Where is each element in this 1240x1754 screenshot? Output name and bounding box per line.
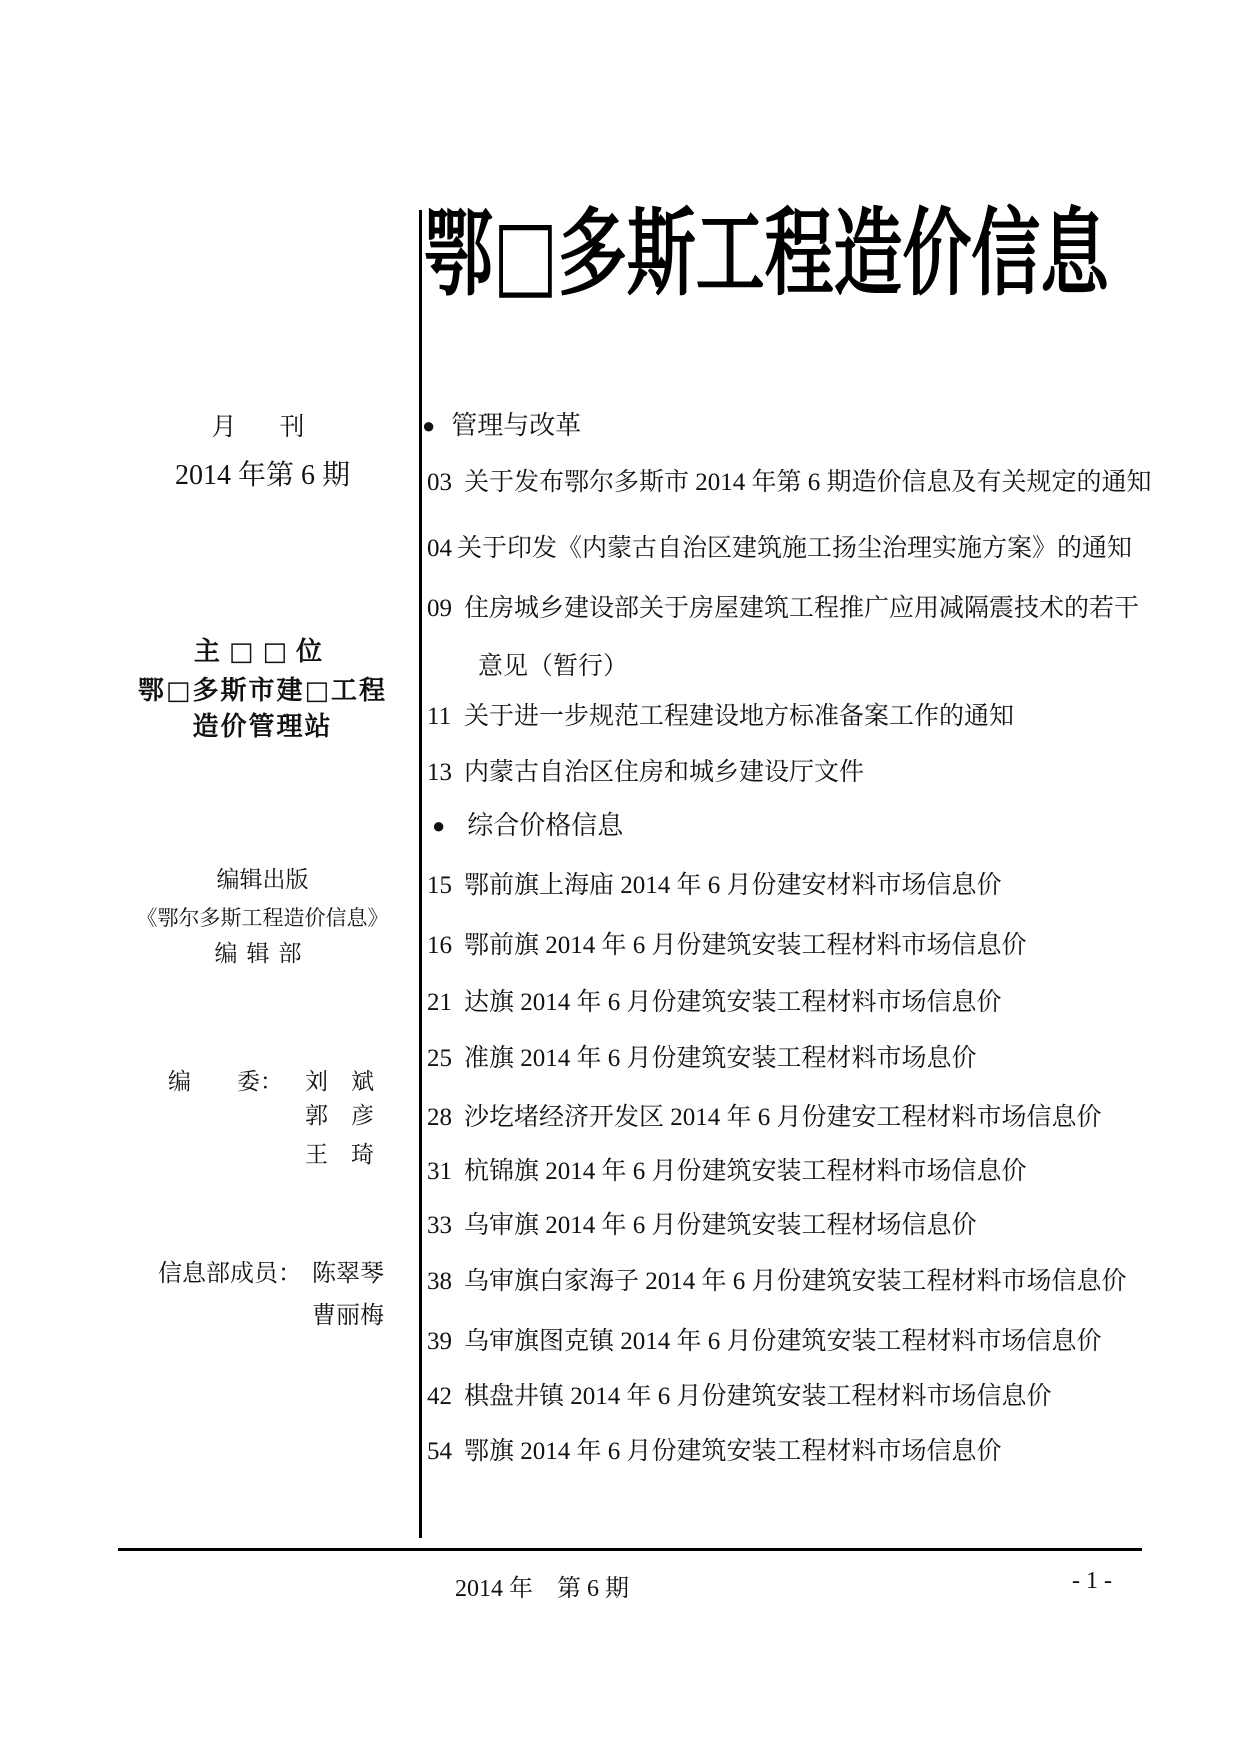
toc-item-title: 关于发布鄂尔多斯市 2014 年第 6 期造价信息及有关规定的通知 [464, 469, 1152, 496]
toc-page-number: 54 [427, 1436, 464, 1468]
toc-item-title: 棋盘井镇 2014 年 6 月份建筑安装工程材料市场信息价 [464, 1383, 1052, 1410]
editor-name: 刘 斌 [305, 1066, 374, 1098]
toc-page-number: 42 [427, 1381, 464, 1413]
toc-section-title: 综合价格信息 [467, 811, 623, 840]
toc-item-title: 准旗 2014 年 6 月份建筑安装工程材料市场息价 [464, 1045, 977, 1072]
info-member-row: 曹丽梅 [158, 1300, 384, 1332]
publisher-name: 《鄂尔多斯工程造价信息》 [120, 903, 405, 933]
toc-item-title: 鄂前旗 2014 年 6 月份建筑安装工程材料市场信息价 [464, 932, 1027, 959]
toc-item-title: 乌审旗白家海子 2014 年 6 月份建筑安装工程材料市场信息价 [464, 1268, 1127, 1295]
toc-item: 03关于发布鄂尔多斯市 2014 年第 6 期造价信息及有关规定的通知 [427, 467, 1207, 499]
toc-page-number: 04 [427, 533, 457, 565]
issue-label: 2014 年第 6 期 [120, 459, 405, 493]
info-dept-row: 信息部成员： 陈翠琴 [158, 1258, 384, 1290]
editorial-board-label: 编 委： [168, 1066, 283, 1098]
toc-section-heading: ●综合价格信息 [422, 810, 1192, 842]
toc-page-number: 21 [427, 987, 464, 1019]
toc-page-number: 11 [427, 701, 464, 733]
footer-issue: 2014 年 第 6 期 [455, 1568, 629, 1603]
toc-item-continuation: 意见（暂行） [478, 651, 1178, 683]
organizer-label: 主□□位 [120, 634, 405, 670]
toc-page-number: 39 [427, 1326, 464, 1358]
toc-section-heading: ●管理与改革 [422, 410, 1182, 442]
toc-item-title: 乌审旗 2014 年 6 月份建筑安装工程材场信息价 [464, 1212, 977, 1239]
toc-item-title: 达旗 2014 年 6 月份建筑安装工程材料市场信息价 [464, 989, 1002, 1016]
editor-name: 王 琦 [305, 1139, 374, 1171]
toc-item-title: 鄂前旗上海庙 2014 年 6 月份建安材料市场信息价 [464, 872, 1002, 899]
toc-page-number: 31 [427, 1156, 464, 1188]
info-member-name: 曹丽梅 [312, 1300, 384, 1332]
toc-item: 31杭锦旗 2014 年 6 月份建筑安装工程材料市场信息价 [427, 1156, 1207, 1188]
toc-item-title: 关于印发《内蒙古自治区建筑施工扬尘治理实施方案》的通知 [457, 535, 1132, 562]
organizer-name-line2: 造价管理站 [120, 709, 405, 745]
toc-page-number: 28 [427, 1102, 464, 1134]
publisher-label: 编辑出版 [120, 863, 405, 897]
periodicity-label: 月 刊 [120, 411, 405, 445]
bullet-icon: ● [422, 413, 435, 438]
toc-page-number: 13 [427, 757, 464, 789]
toc-item: 33乌审旗 2014 年 6 月份建筑安装工程材场信息价 [427, 1210, 1207, 1242]
toc-item: 21达旗 2014 年 6 月份建筑安装工程材料市场信息价 [427, 987, 1207, 1019]
toc-item: 09住房城乡建设部关于房屋建筑工程推广应用减隔震技术的若干 [427, 593, 1207, 625]
toc-item-title: 鄂旗 2014 年 6 月份建筑安装工程材料市场信息价 [464, 1438, 1002, 1465]
toc-item-title: 沙圪堵经济开发区 2014 年 6 月份建安工程材料市场信息价 [464, 1104, 1102, 1131]
toc-item-title: 关于进一步规范工程建设地方标准备案工作的通知 [464, 703, 1014, 730]
toc-page-number: 15 [427, 870, 464, 902]
toc-item-title: 内蒙古自治区住房和城乡建设厅文件 [464, 759, 864, 786]
toc-item: 38乌审旗白家海子 2014 年 6 月份建筑安装工程材料市场信息价 [427, 1266, 1207, 1298]
toc-item: 04关于印发《内蒙古自治区建筑施工扬尘治理实施方案》的通知 [427, 533, 1207, 565]
footer-rule [118, 1548, 1142, 1551]
toc-page-number: 03 [427, 467, 464, 499]
toc-item: 11关于进一步规范工程建设地方标准备案工作的通知 [427, 701, 1207, 733]
toc-item: 16鄂前旗 2014 年 6 月份建筑安装工程材料市场信息价 [427, 930, 1207, 962]
toc-item-title: 乌审旗图克镇 2014 年 6 月份建筑安装工程材料市场信息价 [464, 1328, 1102, 1355]
organizer-name-line1: 鄂□多斯市建□工程 [120, 673, 405, 709]
toc-item: 15鄂前旗上海庙 2014 年 6 月份建安材料市场信息价 [427, 870, 1207, 902]
toc-item: 42棋盘井镇 2014 年 6 月份建筑安装工程材料市场信息价 [427, 1381, 1207, 1413]
info-member-name: 陈翠琴 [312, 1258, 384, 1290]
journal-title: 鄂□多斯工程造价信息 [424, 198, 1109, 310]
toc-page-number: 33 [427, 1210, 464, 1242]
publisher-dept: 编辑部 [120, 937, 405, 971]
journal-cover-page: 鄂□多斯工程造价信息 月 刊 2014 年第 6 期 主□□位 鄂□多斯市建□工… [0, 0, 1240, 1754]
toc-item: 39乌审旗图克镇 2014 年 6 月份建筑安装工程材料市场信息价 [427, 1326, 1207, 1358]
toc-page-number: 09 [427, 593, 464, 625]
toc-item: 28沙圪堵经济开发区 2014 年 6 月份建安工程材料市场信息价 [427, 1102, 1207, 1134]
toc-page-number: 38 [427, 1266, 464, 1298]
toc-page-number: 16 [427, 930, 464, 962]
toc-item-title: 住房城乡建设部关于房屋建筑工程推广应用减隔震技术的若干 [464, 595, 1139, 622]
editor-name: 郭 彦 [305, 1100, 374, 1132]
toc-item: 13内蒙古自治区住房和城乡建设厅文件 [427, 757, 1207, 789]
toc-item: 25准旗 2014 年 6 月份建筑安装工程材料市场息价 [427, 1043, 1207, 1075]
toc-item-title: 杭锦旗 2014 年 6 月份建筑安装工程材料市场信息价 [464, 1158, 1027, 1185]
editor-row: 郭 彦 [168, 1100, 374, 1132]
editor-row: 王 琦 [168, 1139, 374, 1171]
toc-page-number: 25 [427, 1043, 464, 1075]
toc-item: 54鄂旗 2014 年 6 月份建筑安装工程材料市场信息价 [427, 1436, 1207, 1468]
editorial-board-row: 编 委： 刘 斌 [168, 1066, 374, 1098]
toc-section-title: 管理与改革 [451, 411, 581, 440]
info-dept-label: 信息部成员： [158, 1258, 302, 1290]
footer-page-number: - 1 - [1072, 1568, 1112, 1595]
bullet-icon: ● [432, 813, 445, 838]
